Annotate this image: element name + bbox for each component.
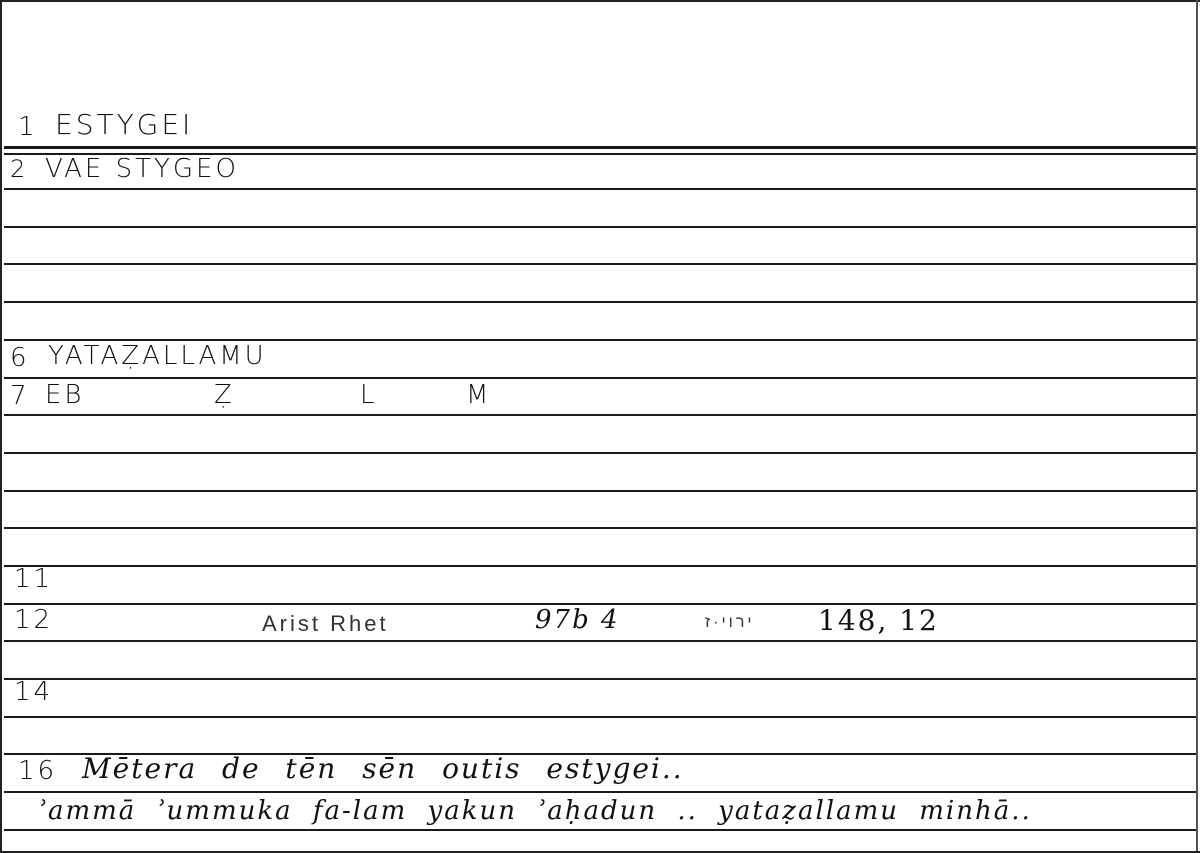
root-code: EB [45,380,84,410]
ruled-line [4,146,1196,149]
root-letter: Ẓ [214,380,235,410]
ruled-line [4,188,1196,190]
bekker-reference: 97b 4 [535,605,620,635]
arabic-translation: ʾammā ʾummuka fa-lam yakun ʾaḥadun .. ya… [38,796,1032,826]
card-edge-top [0,0,1200,2]
ruled-line [4,377,1196,379]
ruled-line [4,640,1196,642]
source-abbreviation: Arist Rhet [262,611,389,637]
ruled-line [4,263,1196,265]
ruled-line [4,301,1196,303]
index-card: 1 ESTYGEI 2 VAE STYGEŌ 6 YATAẒALLAMU 7 E… [0,0,1200,853]
ruled-line [4,716,1196,718]
line-number: 1 [18,112,38,142]
line-number: 6 [10,343,30,373]
root-letter: M [466,380,491,410]
headword-arabic: YATAẒALLAMU [48,341,267,371]
line-number: 14 [14,677,53,707]
page-reference: 148, 12 [818,604,939,637]
line-number: 11 [14,564,53,594]
card-edge-right [1196,0,1198,853]
edition-abbreviation: ירוי·ז [705,614,755,632]
greek-lemma: VAE STYGEŌ [45,154,239,184]
ruled-line [4,565,1196,567]
line-number: 12 [14,605,53,635]
line-number: 7 [10,381,30,411]
ruled-line [4,678,1196,680]
line-number: 16 [18,756,57,786]
ruled-line [4,829,1196,831]
ruled-line [4,527,1196,529]
ruled-line [4,414,1196,416]
root-letter: L [360,380,378,410]
headword-greek: ESTYGEI [55,108,193,141]
ruled-line [4,452,1196,454]
ruled-line [4,791,1196,793]
card-edge-left [0,0,2,853]
line-number: 2 [10,155,28,183]
ruled-line [4,226,1196,228]
greek-quotation: Mētera de tēn sēn outis estygei.. [82,752,684,785]
ruled-line [4,490,1196,492]
